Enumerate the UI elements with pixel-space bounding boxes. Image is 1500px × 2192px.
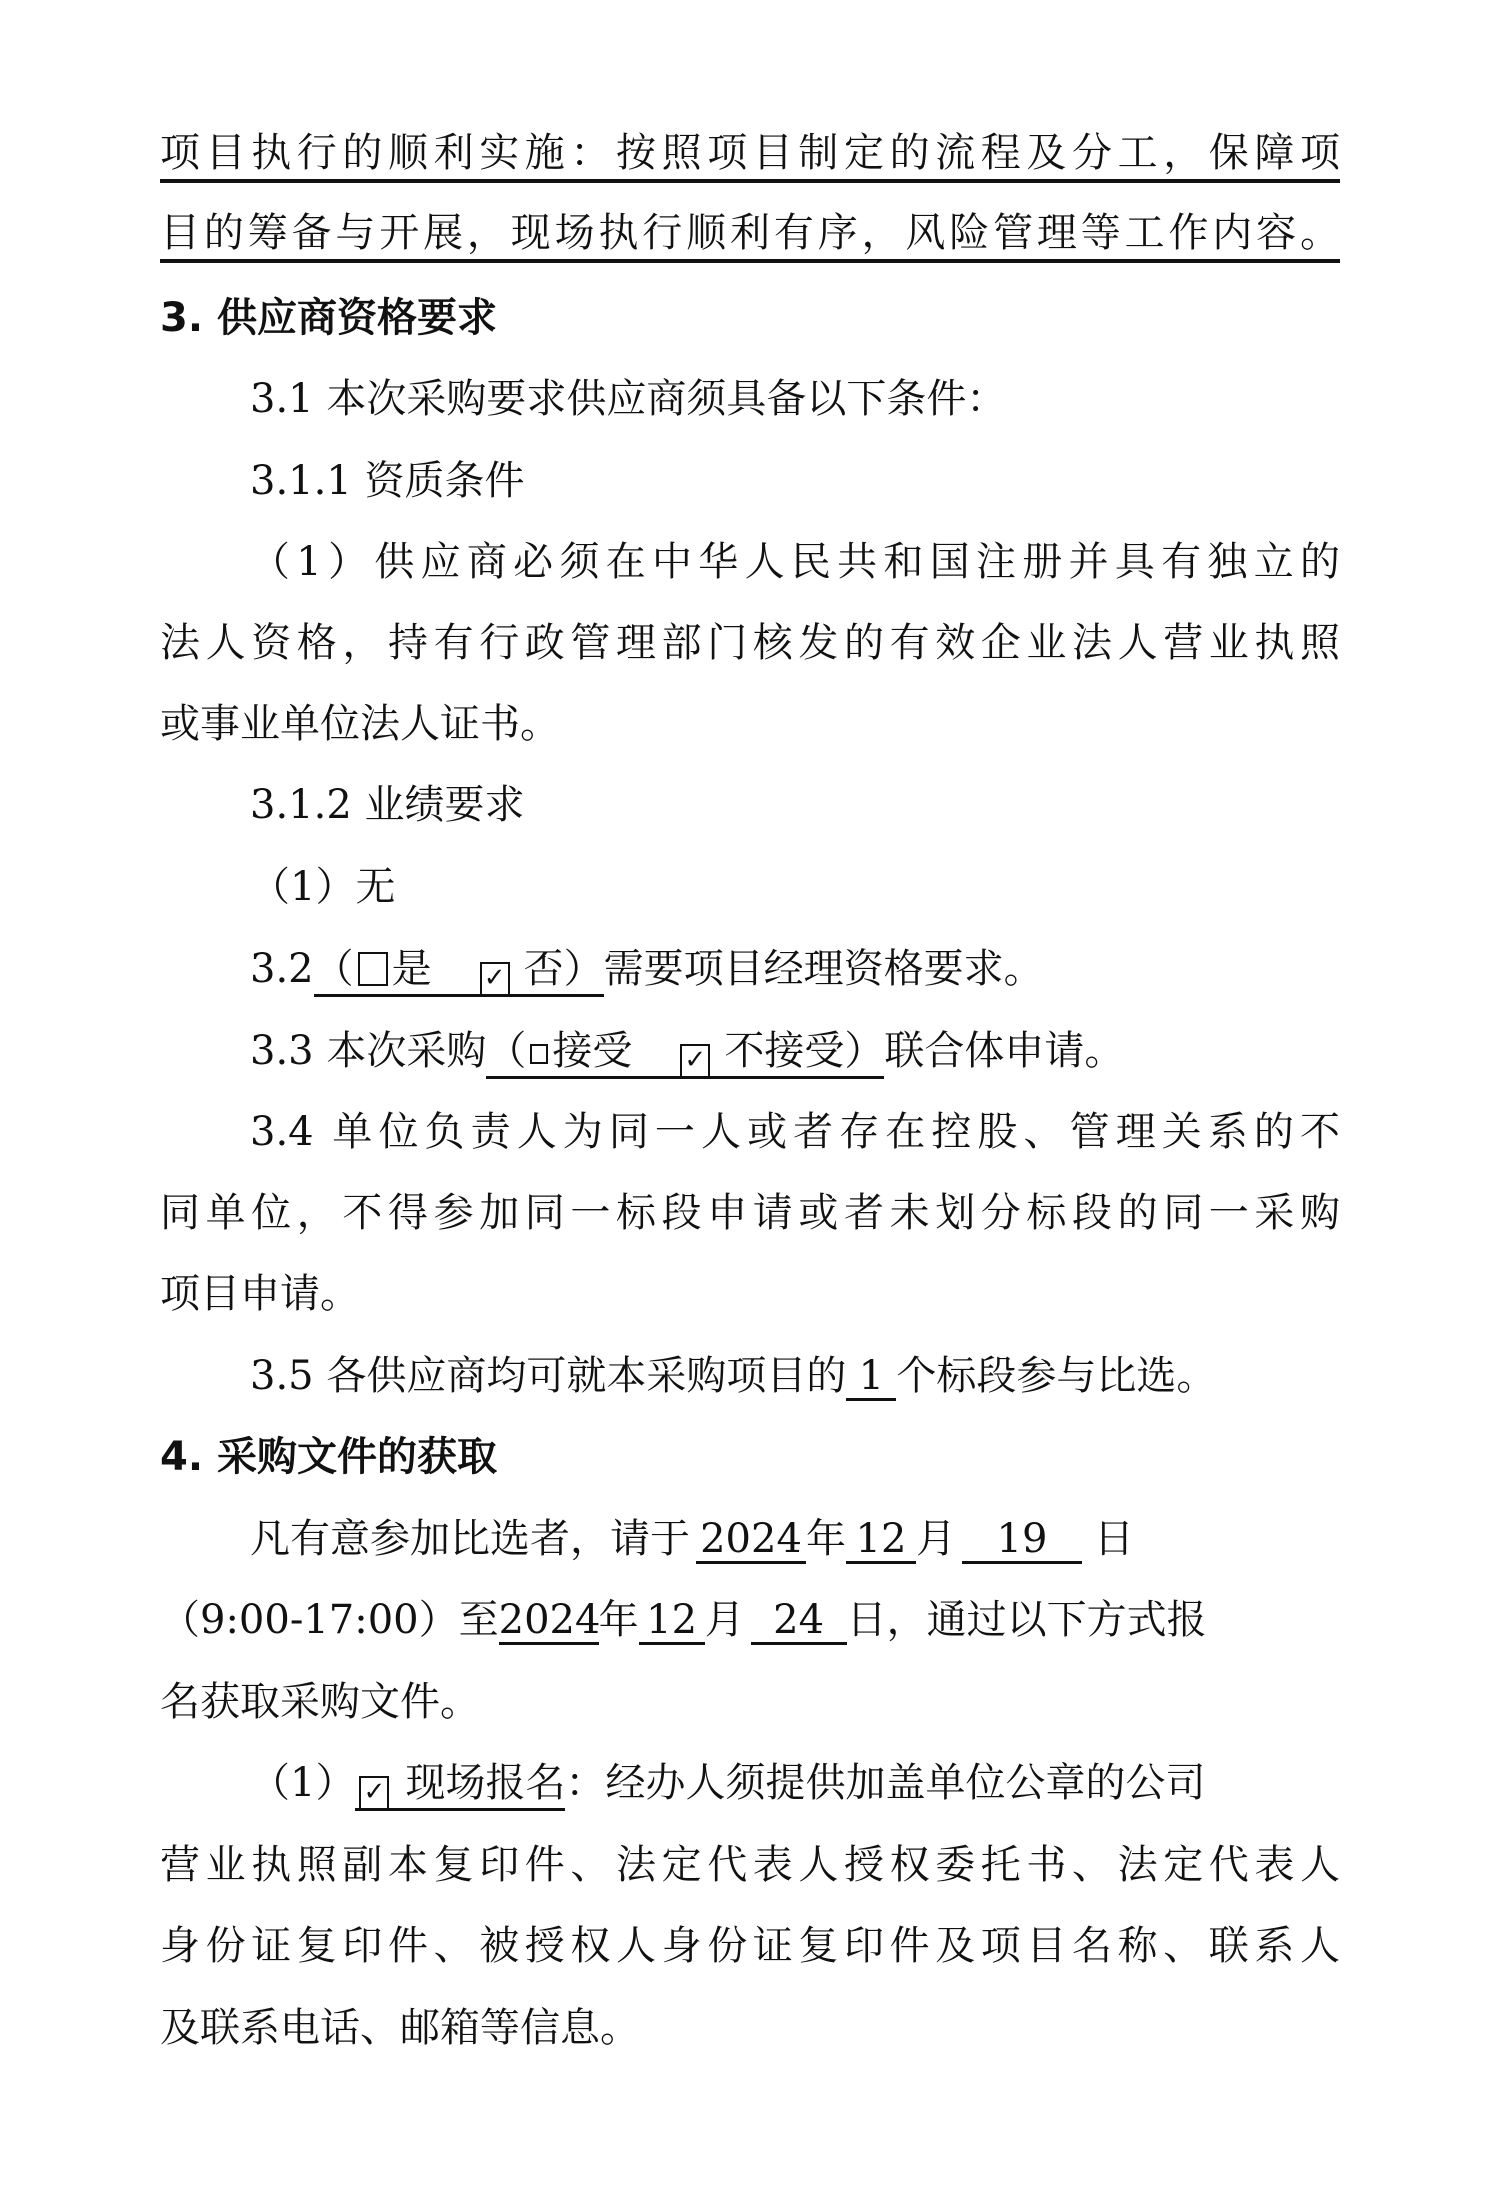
clause-3-1-1-item-1-line-3: 或事业单位法人证书。 [160, 698, 1340, 750]
section-4-para-line-3: 名获取采购文件。 [160, 1676, 1340, 1728]
clause-3-5: 3.5 各供应商均可就本采购项目的1个标段参与比选。 [250, 1350, 1340, 1402]
open-paren: （ [486, 1028, 526, 1074]
intro-line-1: 项目执行的顺利实施：按照项目制定的流程及分工，保障项 [160, 127, 1340, 183]
clause-3-3-options: （接受✓不接受） [486, 1028, 884, 1079]
clause-3-1-1: 3.1.1 资质条件 [250, 455, 1340, 507]
lot-count-field[interactable]: 1 [846, 1354, 896, 1401]
end-month-field[interactable]: 12 [639, 1598, 705, 1645]
checkbox-accept-unchecked-icon[interactable] [530, 1044, 548, 1064]
onsite-registration-option: ✓现场报名 [355, 1760, 565, 1811]
clause-3-5-suffix: 个标段参与比选。 [896, 1353, 1216, 1399]
item-1-rest: 经办人须提供加盖单位公章的公司 [605, 1760, 1205, 1806]
item-1-line-1: （1）✓现场报名：经办人须提供加盖单位公章的公司 [250, 1757, 1340, 1809]
close-paren: ） [844, 1028, 884, 1074]
hours: （9:00-17:00） [160, 1597, 459, 1643]
checkbox-onsite-checked-icon[interactable]: ✓ [359, 1776, 389, 1810]
intro-line-2: 目的筹备与开展，现场执行顺利有序，风险管理等工作内容。 [160, 207, 1340, 263]
checkbox-reject-checked-icon[interactable]: ✓ [680, 1044, 710, 1078]
clause-3-2: 3.2（是✓否）需要项目经理资格要求。 [250, 943, 1340, 995]
item-1-line-3: 身份证复印件、被授权人身份证复印件及项目名称、联系人 [160, 1920, 1340, 1972]
item-1-line-4: 及联系电话、邮箱等信息。 [160, 2002, 1340, 2054]
section-4-para-line-1: 凡有意参加比选者，请于2024年12月19日 [250, 1513, 1340, 1565]
item-1-number: （1） [250, 1760, 355, 1806]
start-year-field[interactable]: 2024 [696, 1517, 806, 1564]
clause-3-1-1-item-1-line-2: 法人资格，持有行政管理部门核发的有效企业法人营业执照 [160, 617, 1340, 669]
checkbox-yes-unchecked-icon[interactable] [358, 952, 388, 986]
day-label: 日 [1094, 1516, 1134, 1562]
clause-3-2-options: （是✓否） [314, 946, 604, 997]
clause-3-2-suffix: 需要项目经理资格要求。 [604, 946, 1044, 992]
para-tail: ，通过以下方式报 [887, 1597, 1207, 1643]
clause-3-1: 3.1 本次采购要求供应商须具备以下条件： [250, 373, 1340, 425]
onsite-registration-label: 现场报名 [405, 1760, 565, 1806]
para-lead: 凡有意参加比选者，请于 [250, 1516, 690, 1562]
option-accept-label: 接受 [552, 1028, 632, 1074]
day-label-2: 日 [847, 1597, 887, 1643]
month-label: 月 [916, 1516, 956, 1562]
clause-3-4-line-3: 项目申请。 [160, 1268, 1340, 1320]
year-label: 年 [806, 1516, 846, 1562]
start-month-field[interactable]: 12 [846, 1517, 916, 1564]
option-reject-label: 不接受 [724, 1028, 844, 1074]
clause-3-3-suffix: 联合体申请。 [884, 1028, 1124, 1074]
option-no-label: 否 [524, 946, 564, 992]
section-4-para-line-2: （9:00-17:00）至2024年12月24日，通过以下方式报 [160, 1594, 1340, 1646]
month-label-2: 月 [705, 1597, 745, 1643]
option-yes-label: 是 [392, 946, 432, 992]
end-year-field[interactable]: 2024 [499, 1598, 599, 1645]
clause-3-1-2: 3.1.2 业绩要求 [250, 779, 1340, 831]
clause-3-3-prefix: 3.3 本次采购 [250, 1028, 486, 1074]
clause-3-4-line-2: 同单位，不得参加同一标段申请或者未划分标段的同一采购 [160, 1187, 1340, 1239]
to-label: 至 [459, 1597, 499, 1643]
close-paren: ） [564, 946, 604, 992]
clause-3-1-2-item-1: （1）无 [250, 861, 1340, 913]
item-1-line-2: 营业执照副本复印件、法定代表人授权委托书、法定代表人 [160, 1839, 1340, 1891]
section-4-heading: 4. 采购文件的获取 [160, 1431, 1340, 1483]
colon: ： [565, 1760, 605, 1806]
open-paren: （ [314, 946, 354, 992]
clause-3-2-number: 3.2 [250, 946, 314, 992]
clause-3-1-1-item-1-line-1: （1）供应商必须在中华人民共和国注册并具有独立的 [250, 536, 1340, 588]
end-day-field[interactable]: 24 [751, 1598, 847, 1645]
checkbox-no-checked-icon[interactable]: ✓ [480, 962, 510, 996]
year-label-2: 年 [599, 1597, 639, 1643]
clause-3-3: 3.3 本次采购（接受✓不接受）联合体申请。 [250, 1025, 1340, 1077]
start-day-field[interactable]: 19 [962, 1517, 1082, 1564]
section-3-heading: 3. 供应商资格要求 [160, 292, 1340, 344]
clause-3-4-line-1: 3.4 单位负责人为同一人或者存在控股、管理关系的不 [250, 1106, 1340, 1158]
clause-3-5-prefix: 3.5 各供应商均可就本采购项目的 [250, 1353, 846, 1399]
